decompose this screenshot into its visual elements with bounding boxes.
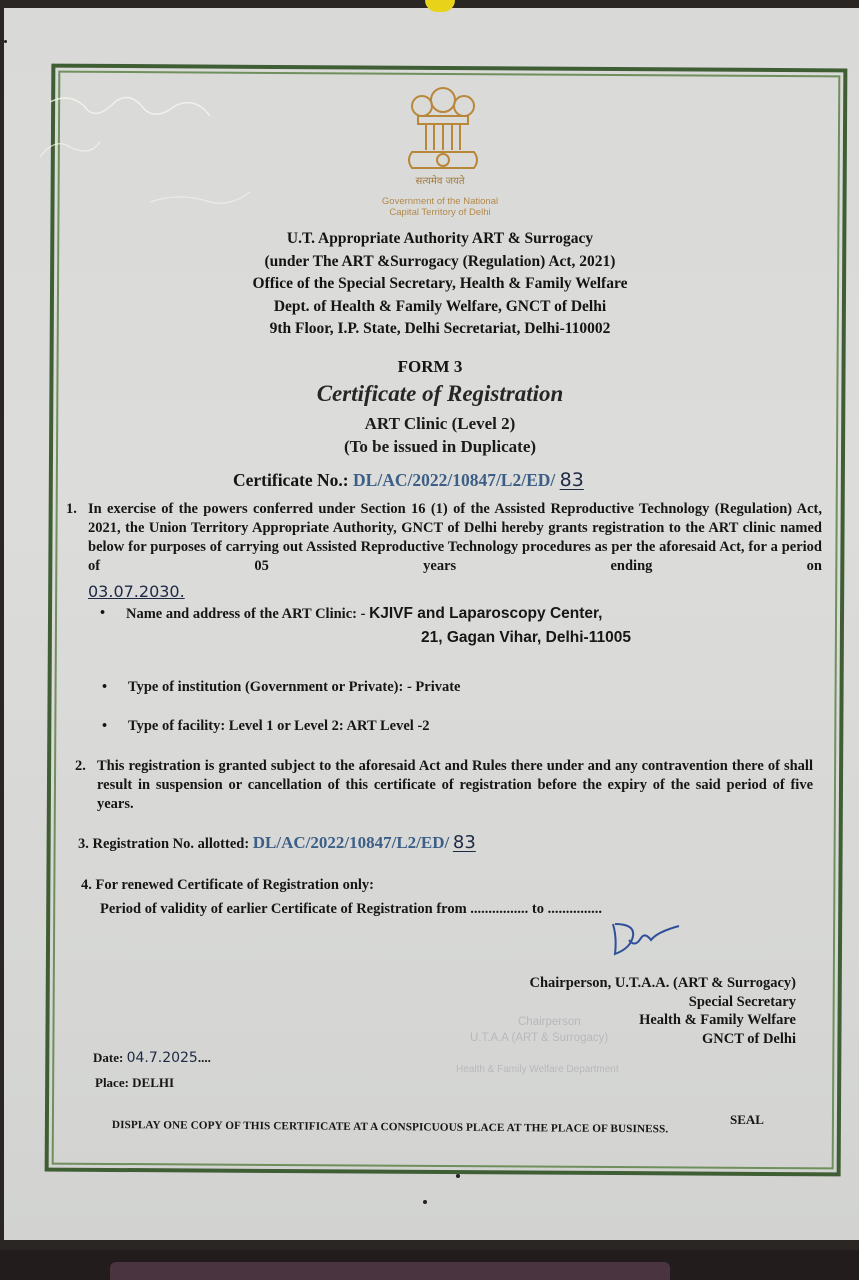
clause-1: 1. In exercise of the powers conferred u… [66,500,822,595]
registration-label: 3. Registration No. allotted: [78,836,253,852]
validity-end-date: 03.07.2030. [88,582,185,601]
duplicate-note: (To be issued in Duplicate) [280,435,600,458]
clause-2: 2. This registration is granted subject … [75,757,813,833]
certificate-title: Certificate of Registration [240,381,640,407]
bullet-facility-type: • Type of facility: Level 1 or Level 2: … [128,718,430,735]
clause-4-heading: 4. For renewed Certificate of Registrati… [81,877,374,894]
certificate-number-label: Certificate No.: [233,470,349,490]
certificate-number-handwritten: 83 [560,469,584,491]
form-number: FORM 3 [330,357,530,377]
date-dots: .... [198,1050,211,1065]
signatory-title: Special Secretary [440,993,796,1012]
government-name: Government of the National Capital Terri… [350,196,530,218]
stamp-text: Chairperson [518,1016,581,1028]
date-handwritten: 04.7.2025 [127,1050,198,1066]
pin-hole [423,1200,427,1204]
pin-hole [456,1174,460,1178]
bullet-label: Type of institution (Government or Priva… [128,679,461,695]
clause-4-validity-line: Period of validity of earlier Certificat… [100,901,602,918]
certificate-subtitle: ART Clinic (Level 2) (To be issued in Du… [280,412,600,458]
signatory-title: Chairperson, U.T.A.A. (ART & Surrogacy) [440,974,796,993]
header-line: U.T. Appropriate Authority ART & Surroga… [180,228,700,251]
clause-text: This registration is granted subject to … [97,757,813,833]
header-line: 9th Floor, I.P. State, Delhi Secretariat… [180,318,700,341]
clause-text: In exercise of the powers conferred unde… [88,500,822,595]
bullet-icon: • [102,718,107,735]
date-label: Date: [93,1050,127,1065]
signature-icon [605,918,685,962]
clinic-level: ART Clinic (Level 2) [280,412,600,435]
bullet-icon: • [100,605,105,622]
header-line: Dept. of Health & Family Welfare, GNCT o… [180,296,700,319]
certificate-number-value: DL/AC/2022/10847/L2/ED/ [353,470,555,490]
pin-hole [4,40,7,43]
certificate-number: Certificate No.: DL/AC/2022/10847/L2/ED/… [233,469,584,491]
bullet-institution-type: • Type of institution (Government or Pri… [128,679,461,696]
stamp-text: Health & Family Welfare Department [456,1064,619,1075]
clinic-address: 21, Gagan Vihar, Delhi-11005 [421,629,631,647]
bullet-label: Type of facility: Level 1 or Level 2: AR… [128,718,430,734]
bullet-icon: • [102,679,107,696]
clause-number: 2. [75,757,86,776]
header-line: (under The ART &Surrogacy (Regulation) A… [180,251,700,274]
stamp-text: U.T.A.A (ART & Surrogacy) [470,1032,608,1044]
issuing-authority-header: U.T. Appropriate Authority ART & Surroga… [180,228,700,341]
registration-number-handwritten: 83 [453,832,476,853]
seal-label: SEAL [730,1112,764,1128]
clause-number: 1. [66,500,77,519]
govt-line-1: Government of the National [350,196,530,207]
header-line: Office of the Special Secretary, Health … [180,273,700,296]
issue-place: Place: DELHI [95,1075,174,1091]
bullet-clinic-name: • Name and address of the ART Clinic: - … [126,605,603,623]
clause-3-registration-number: 3. Registration No. allotted: DL/AC/2022… [78,832,476,853]
state-emblem-icon [398,82,488,176]
display-instruction: DISPLAY ONE COPY OF THIS CERTIFICATE AT … [112,1119,668,1135]
registration-number-value: DL/AC/2022/10847/L2/ED/ [253,833,449,852]
emblem-motto: सत्यमेव जयते [390,173,490,187]
clinic-name: KJIVF and Laparoscopy Center, [369,605,602,622]
signatory-title: Health & Family Welfare [440,1011,796,1030]
bullet-label: Name and address of the ART Clinic: - [126,606,369,622]
govt-line-2: Capital Territory of Delhi [350,207,530,218]
issue-date: Date: 04.7.2025.... [93,1050,211,1066]
